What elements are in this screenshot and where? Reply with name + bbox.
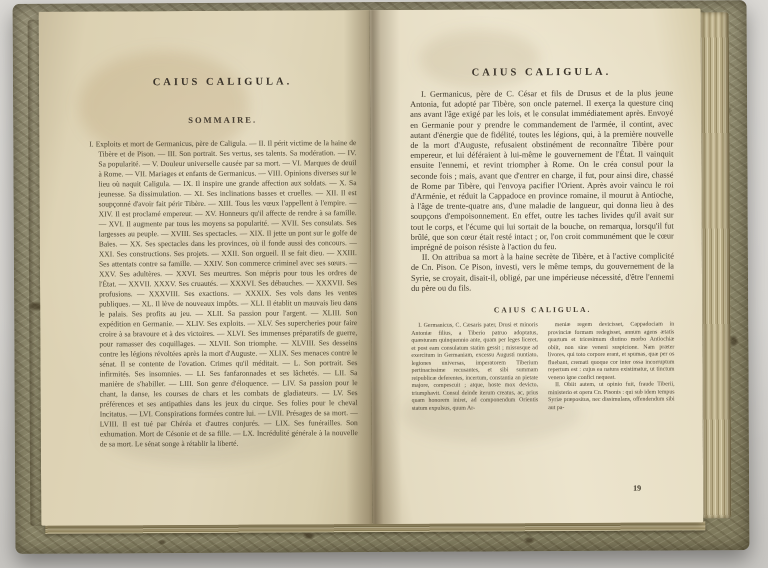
- latin-two-columns: I. Germanicus, C. Cæsaris pater, Drusi e…: [411, 322, 674, 413]
- page-number: 19: [633, 484, 641, 493]
- page-edges-right: [701, 12, 732, 518]
- latin-text-right-1: meniæ regem devicisset, Cappadociam in p…: [548, 322, 675, 383]
- latin-section-title: CAIUS CALIGULA.: [411, 305, 674, 315]
- french-paragraph-2: II. On attribua sa mort à la haine secrè…: [411, 252, 674, 294]
- right-page-content: CAIUS CALIGULA. I. Germanicus, père de C…: [370, 8, 704, 524]
- left-page-running-title: CAIUS CALIGULA.: [89, 76, 356, 88]
- latin-column-right: meniæ regem devicisset, Cappadociam in p…: [548, 322, 675, 413]
- open-pages: CAIUS CALIGULA. SOMMAIRE. I. Exploits et…: [39, 8, 704, 525]
- book-marbled-cover: CAIUS CALIGULA. SOMMAIRE. I. Exploits et…: [13, 0, 750, 554]
- left-page: CAIUS CALIGULA. SOMMAIRE. I. Exploits et…: [39, 10, 373, 526]
- right-page-running-title: CAIUS CALIGULA.: [410, 66, 673, 78]
- latin-text-right-2: II. Obiit autem, ut opinio fuit, fraude …: [548, 382, 675, 413]
- latin-column-left: I. Germanicus, C. Cæsaris pater, Drusi e…: [411, 322, 538, 413]
- photo-background: CAIUS CALIGULA. SOMMAIRE. I. Exploits et…: [0, 0, 768, 568]
- left-page-content: CAIUS CALIGULA. SOMMAIRE. I. Exploits et…: [39, 10, 373, 526]
- latin-text-left: I. Germanicus, C. Cæsaris pater, Drusi e…: [411, 322, 538, 413]
- french-paragraph-1: I. Germanicus, père de C. César et fils …: [410, 88, 674, 253]
- sommaire-text: I. Exploits et mort de Germanicus, père …: [89, 138, 358, 449]
- sommaire-title: SOMMAIRE.: [89, 114, 356, 125]
- right-page: CAIUS CALIGULA. I. Germanicus, père de C…: [370, 8, 704, 524]
